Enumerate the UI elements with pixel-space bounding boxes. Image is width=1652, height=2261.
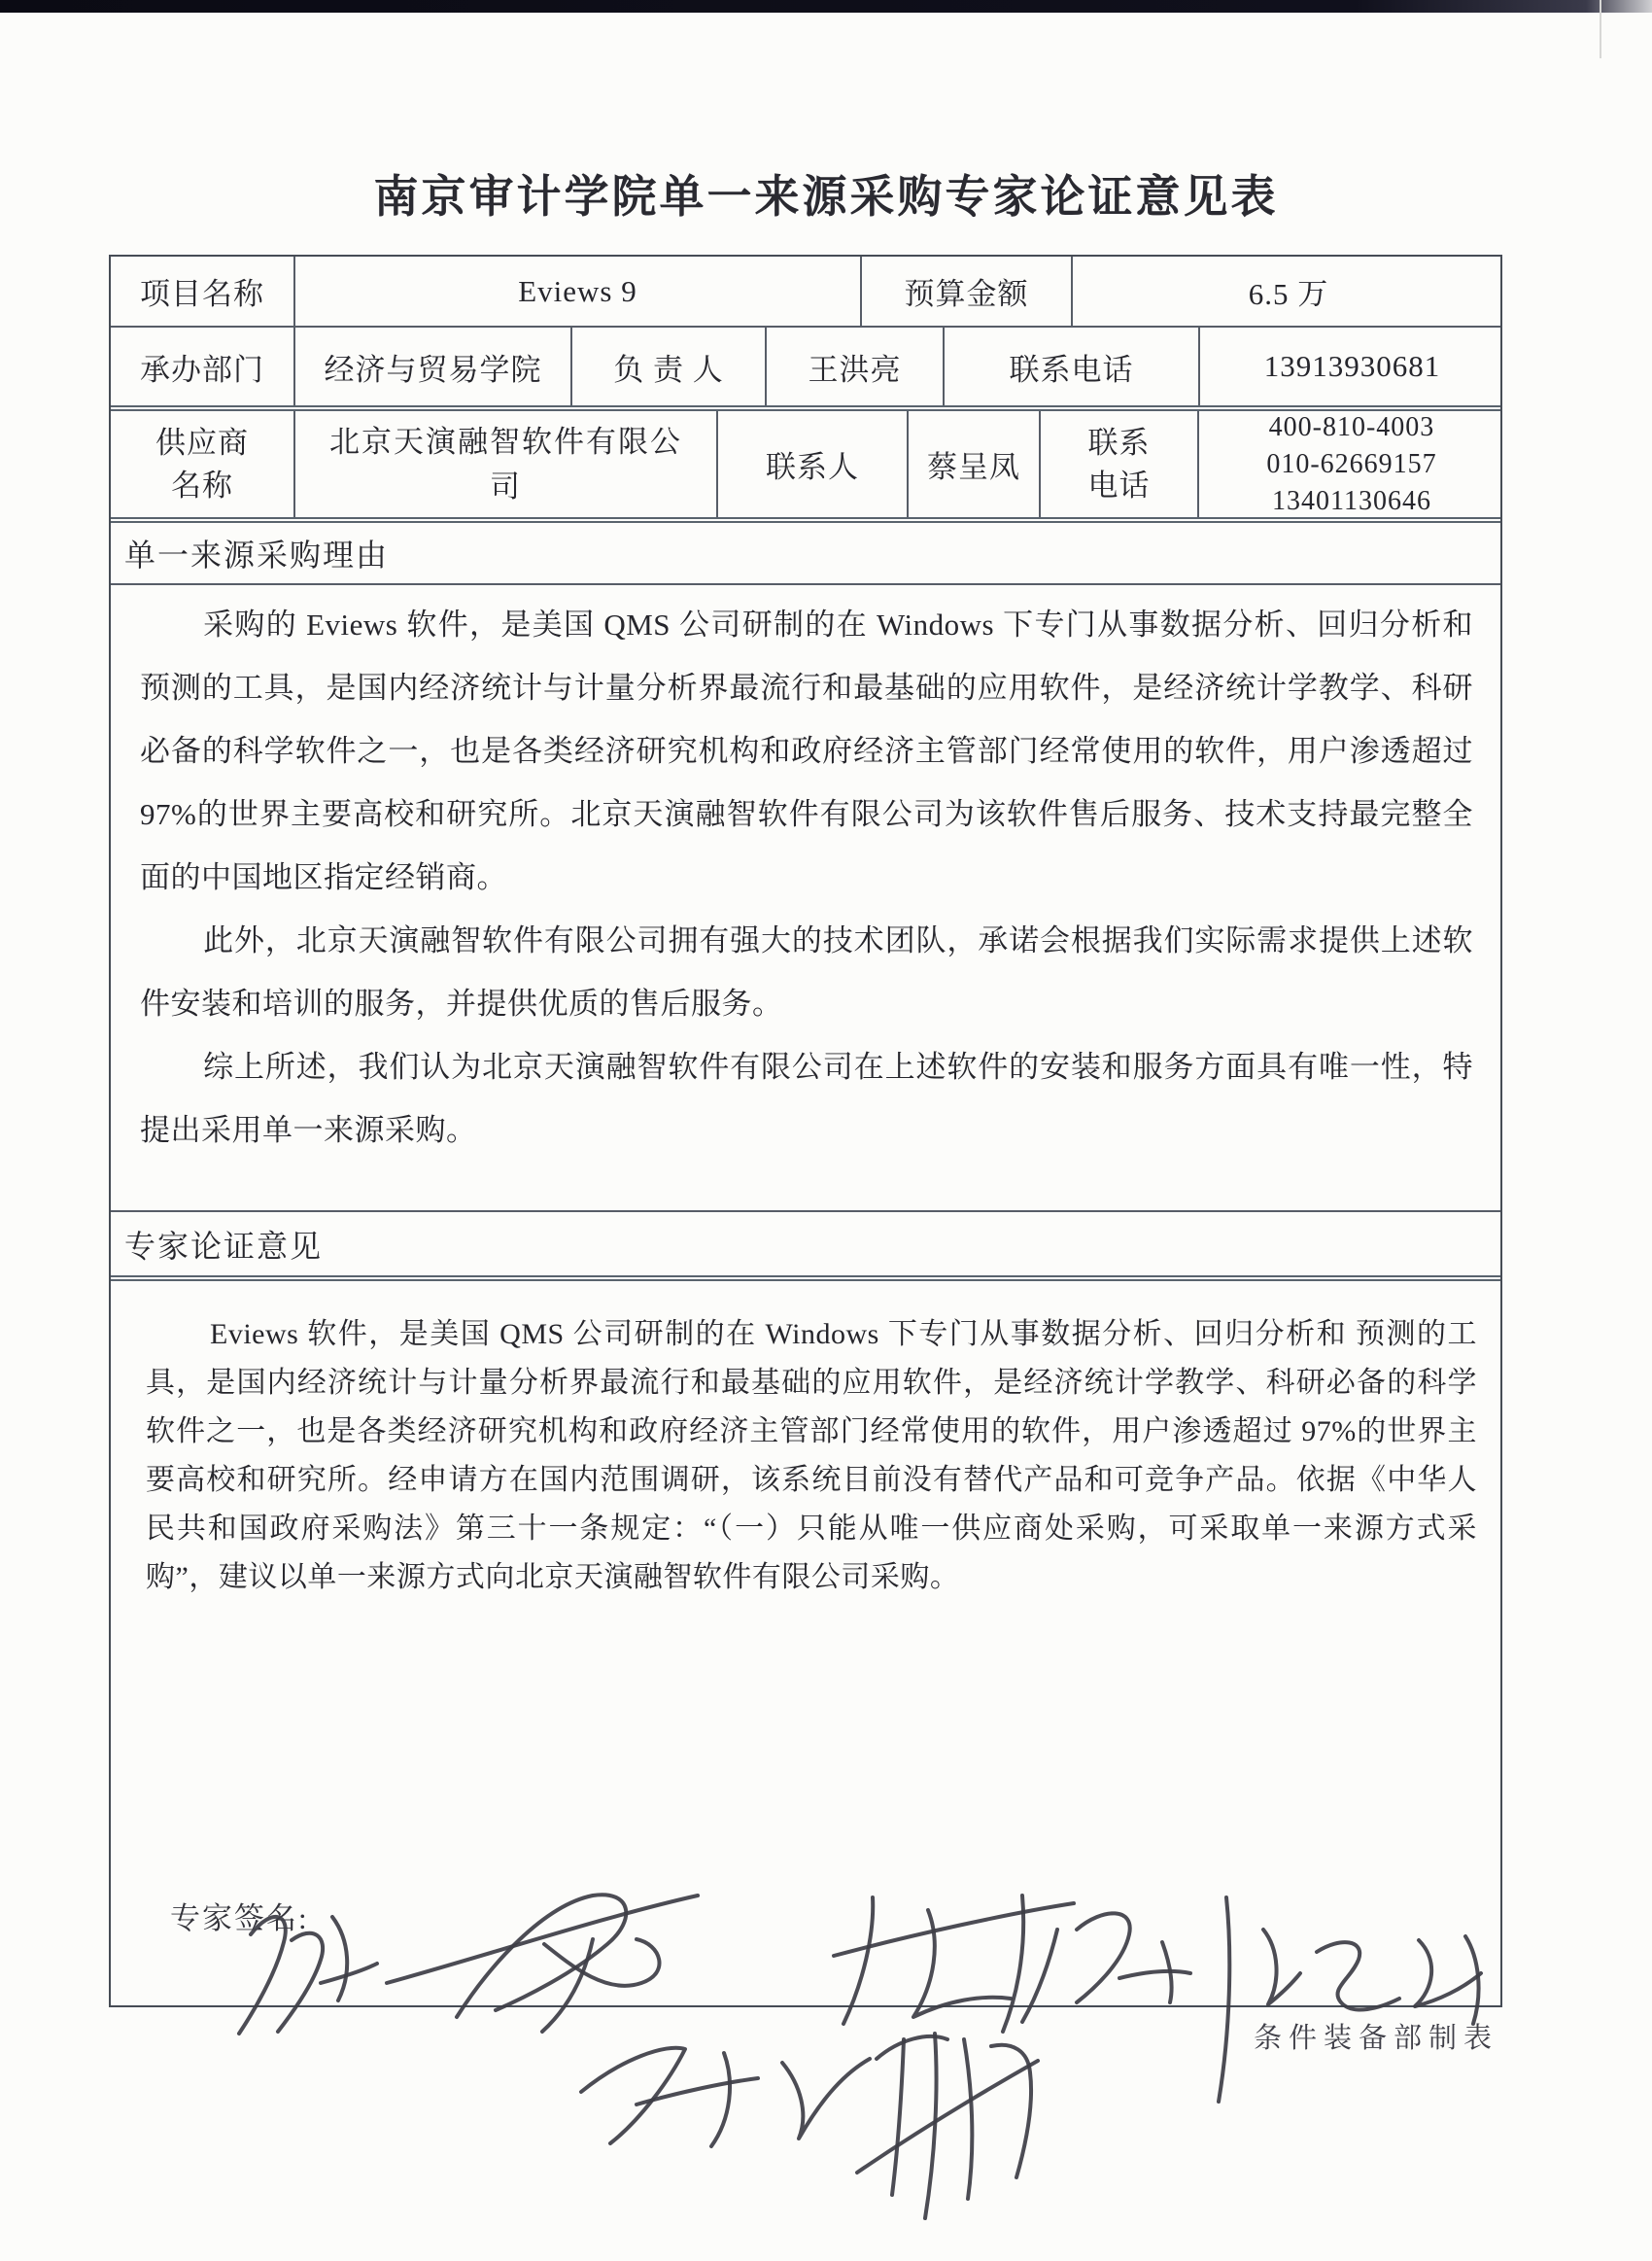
table-row-reason-body: 采购的 Eviews 软件，是美国 QMS 公司研制的在 Windows 下专门… (111, 585, 1500, 1212)
supplier-label-line2: 名称 (155, 465, 249, 507)
reason-section-header: 单一来源采购理由 (111, 523, 1500, 583)
signature-6 (581, 2048, 870, 2146)
supplier-phone-2: 010-62669157 (1266, 446, 1436, 483)
signature-3 (834, 1896, 1074, 2032)
table-row-reason-header: 单一来源采购理由 (111, 523, 1500, 585)
supplier-contact-label: 联系人 (716, 411, 907, 517)
project-name-label: 项目名称 (111, 257, 293, 326)
supplier-contact-value: 蔡呈凤 (907, 411, 1039, 517)
form-table: 项目名称 Eviews 9 预算金额 6.5 万 承办部门 经济与贸易学院 负 … (109, 255, 1502, 2007)
contact-phone-label: 联系电话 (943, 328, 1198, 405)
supplier-name-label: 供应商 名称 (111, 411, 293, 517)
supplier-phone-1: 400-810-4003 (1266, 409, 1436, 446)
supplier-label-line1: 供应商 (155, 422, 249, 465)
supplier-phone-value: 400-810-4003 010-62669157 13401130646 (1197, 411, 1504, 517)
supplier-phone-label: 联系 电话 (1039, 411, 1197, 517)
table-row-department: 承办部门 经济与贸易学院 负 责 人 王洪亮 联系电话 13913930681 (111, 328, 1500, 411)
signature-1 (239, 1917, 377, 2034)
signature-5 (1317, 1936, 1481, 2024)
opinion-paragraph: Eviews 软件，是美国 QMS 公司研制的在 Windows 下专门从事数据… (146, 1310, 1477, 1602)
supplier-phone-label-line1: 联系 (1088, 422, 1151, 465)
reason-paragraph-3: 综上所述，我们认为北京天演融智软件有限公司在上述软件的安装和服务方面具有唯一性，… (140, 1035, 1473, 1162)
reason-paragraph-2: 此外，北京天演融智软件有限公司拥有强大的技术团队，承诺会根据我们实际需求提供上述… (140, 909, 1473, 1035)
table-row-opinion-header: 专家论证意见 (111, 1212, 1500, 1281)
supplier-phone-3: 13401130646 (1266, 483, 1436, 520)
department-value: 经济与贸易学院 (293, 328, 570, 405)
scanned-document-page: 南京审计学院单一来源采购专家论证意见表 项目名称 Eviews 9 预算金额 6… (0, 0, 1652, 2261)
footer-note: 条件装备部制表 (1254, 2016, 1506, 2056)
scan-artifact-top-bar (0, 0, 1652, 13)
table-row-project: 项目名称 Eviews 9 预算金额 6.5 万 (111, 257, 1500, 328)
signature-2 (387, 1895, 698, 2032)
project-name-value: Eviews 9 (293, 257, 860, 326)
reason-paragraph-1: 采购的 Eviews 软件，是美国 QMS 公司研制的在 Windows 下专门… (140, 593, 1473, 909)
department-label: 承办部门 (111, 328, 293, 405)
signature-4 (1077, 1897, 1300, 2102)
signature-7 (857, 2034, 1038, 2218)
scan-artifact-page-edge (1600, 0, 1601, 58)
opinion-section-header: 专家论证意见 (111, 1212, 1500, 1275)
reason-body-cell: 采购的 Eviews 软件，是美国 QMS 公司研制的在 Windows 下专门… (111, 585, 1500, 1210)
table-row-supplier: 供应商 名称 北京天演融智软件有限公司 联系人 蔡呈凤 联系 电话 400-81… (111, 411, 1500, 523)
contact-phone-value: 13913930681 (1198, 328, 1504, 405)
responsible-person-value: 王洪亮 (765, 328, 943, 405)
budget-value: 6.5 万 (1071, 257, 1504, 326)
responsible-person-label: 负 责 人 (570, 328, 765, 405)
budget-label: 预算金额 (860, 257, 1071, 326)
supplier-phone-label-line2: 电话 (1088, 465, 1151, 507)
page-title: 南京审计学院单一来源采购专家论证意见表 (0, 161, 1652, 226)
supplier-name-value: 北京天演融智软件有限公司 (293, 411, 716, 517)
